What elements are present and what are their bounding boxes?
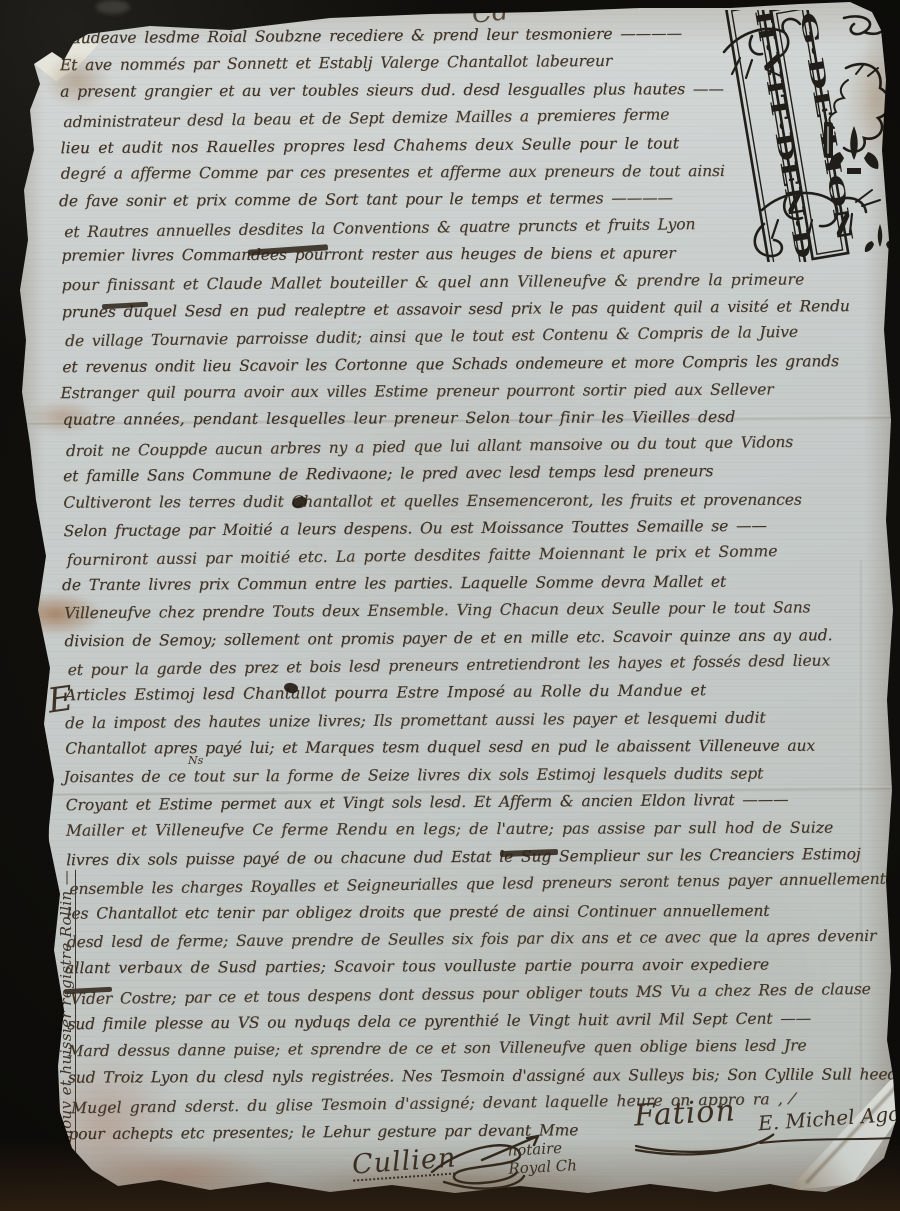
margin-note-line: Contrellé ad Just le 10 may 1700 folio 3… bbox=[26, 643, 53, 1168]
witness-2-underline bbox=[756, 1134, 896, 1148]
manuscript-line: de Trante livres prix Commun entre les p… bbox=[62, 568, 880, 600]
tax-stamp: H·VIT·DEN·D G·DE·LION bbox=[696, 10, 898, 262]
manuscript-page: Cd Raudeave lesdme Roial Soubzne recedie… bbox=[0, 0, 900, 1211]
fleur-de-lis-icon-small bbox=[865, 224, 895, 252]
notary-title: notaire Royal Ch bbox=[507, 1138, 577, 1178]
manuscript-line: les Chantallot etc tenir par obligez dro… bbox=[67, 897, 885, 928]
manuscript-line: Mailler et Villeneufve Ce ferme Rendu en… bbox=[66, 815, 884, 846]
interline-insertion: Ns bbox=[188, 754, 203, 767]
stain-bottom-left bbox=[84, 1146, 274, 1202]
notary-title-line: Royal Ch bbox=[508, 1156, 577, 1178]
margin-note-line: Ms nouv et huissier registre Rollin — bbox=[53, 643, 80, 1168]
manuscript-line: Cultiveront les terres dudit Chantallot … bbox=[63, 486, 881, 517]
manuscript-line: Joisantes de ce tout sur la forme de Sei… bbox=[63, 759, 881, 791]
background-debris bbox=[96, 0, 130, 14]
stamp-lion-bottom bbox=[755, 190, 880, 256]
margin-control-note: Contrellé ad Just le 10 may 1700 folio 3… bbox=[26, 643, 80, 1168]
stamp-bands: H·VIT·DEN·D G·DE·LION bbox=[726, 10, 862, 262]
photo-background: Cd Raudeave lesdme Roial Soubzne recedie… bbox=[0, 0, 900, 1211]
stamp-serpent-icon bbox=[844, 16, 886, 34]
